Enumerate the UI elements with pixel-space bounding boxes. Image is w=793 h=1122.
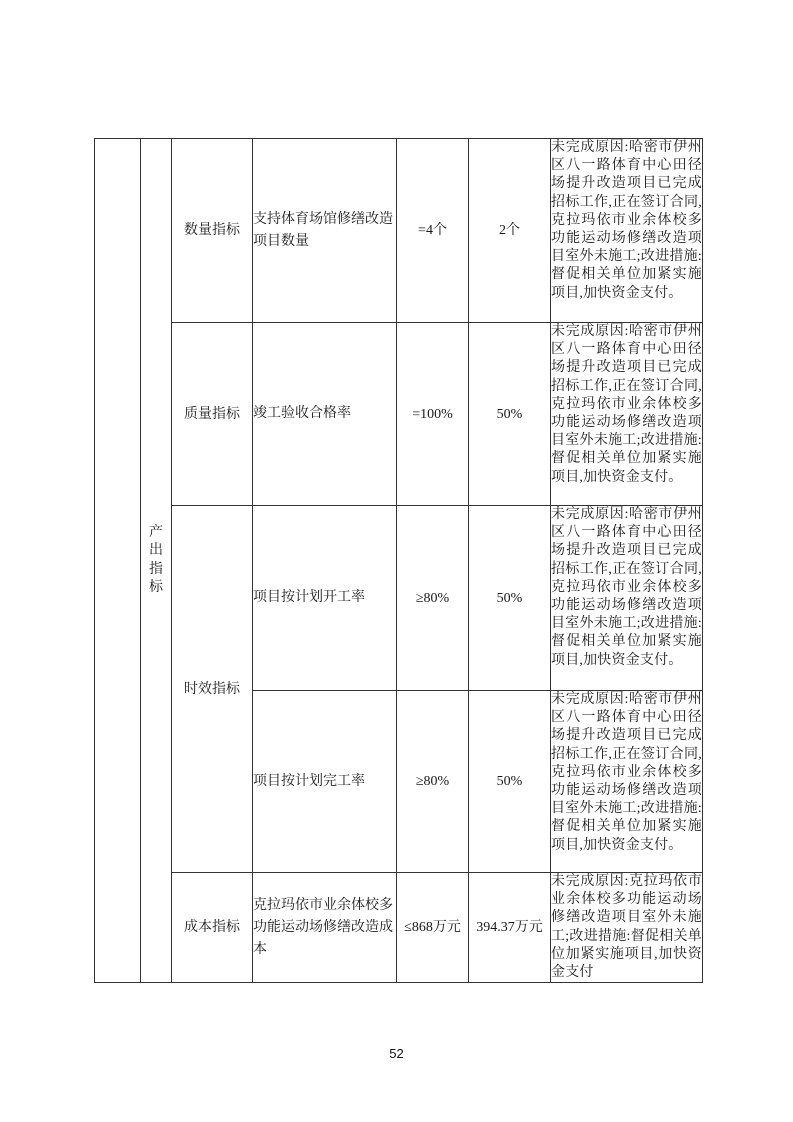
table-row: 质量指标 竣工验收合格率 =100% 50% 未完成原因:哈密市伊州区八一路体育… [95,323,703,506]
indicator-name-cell: 项目按计划完工率 [253,691,397,873]
actual-value-cell: 50% [469,691,551,873]
target-value-cell: ≥80% [397,691,469,873]
table-row: 时效指标 项目按计划开工率 ≥80% 50% 未完成原因:哈密市伊州区八一路体育… [95,506,703,691]
table-row: 成本指标 克拉玛依市业余体校多功能运动场修缮改造成本 ≤868万元 394.37… [95,873,703,983]
deviation-note-cell: 未完成原因:哈密市伊州区八一路体育中心田径场提升改造项目已完成招标工作,正在签订… [551,323,703,506]
page-number: 52 [0,1046,793,1061]
indicator-name-cell: 克拉玛依市业余体校多功能运动场修缮改造成本 [253,873,397,983]
deviation-note-cell: 未完成原因:哈密市伊州区八一路体育中心田径场提升改造项目已完成招标工作,正在签订… [551,691,703,873]
deviation-note-cell: 未完成原因:哈密市伊州区八一路体育中心田径场提升改造项目已完成招标工作,正在签订… [551,506,703,691]
indicator-name-cell: 项目按计划开工率 [253,506,397,691]
target-value-cell: =4个 [397,139,469,323]
indicator-name-cell: 竣工验收合格率 [253,323,397,506]
document-page: 产出指标 数量指标 支持体育场馆修缮改造项目数量 =4个 2个 未完成原因:哈密… [0,0,793,1122]
continuation-empty-cell [95,139,141,983]
actual-value-cell: 50% [469,506,551,691]
actual-value-cell: 2个 [469,139,551,323]
indicator-name-cell: 支持体育场馆修缮改造项目数量 [253,139,397,323]
actual-value-cell: 394.37万元 [469,873,551,983]
indicator-type-cell: 成本指标 [172,873,253,983]
indicator-type-cell: 质量指标 [172,323,253,506]
performance-indicators-table: 产出指标 数量指标 支持体育场馆修缮改造项目数量 =4个 2个 未完成原因:哈密… [94,138,703,983]
output-indicators-group-cell: 产出指标 [141,139,172,983]
output-indicators-label: 产出指标 [149,524,164,598]
target-value-cell: ≤868万元 [397,873,469,983]
target-value-cell: =100% [397,323,469,506]
target-value-cell: ≥80% [397,506,469,691]
indicator-type-cell: 数量指标 [172,139,253,323]
indicator-type-cell: 时效指标 [172,506,253,873]
deviation-note-cell: 未完成原因:克拉玛依市业余体校多功能运动场修缮改造项目室外未施工;改进措施:督促… [551,873,703,983]
table-row: 产出指标 数量指标 支持体育场馆修缮改造项目数量 =4个 2个 未完成原因:哈密… [95,139,703,323]
actual-value-cell: 50% [469,323,551,506]
deviation-note-cell: 未完成原因:哈密市伊州区八一路体育中心田径场提升改造项目已完成招标工作,正在签订… [551,139,703,323]
